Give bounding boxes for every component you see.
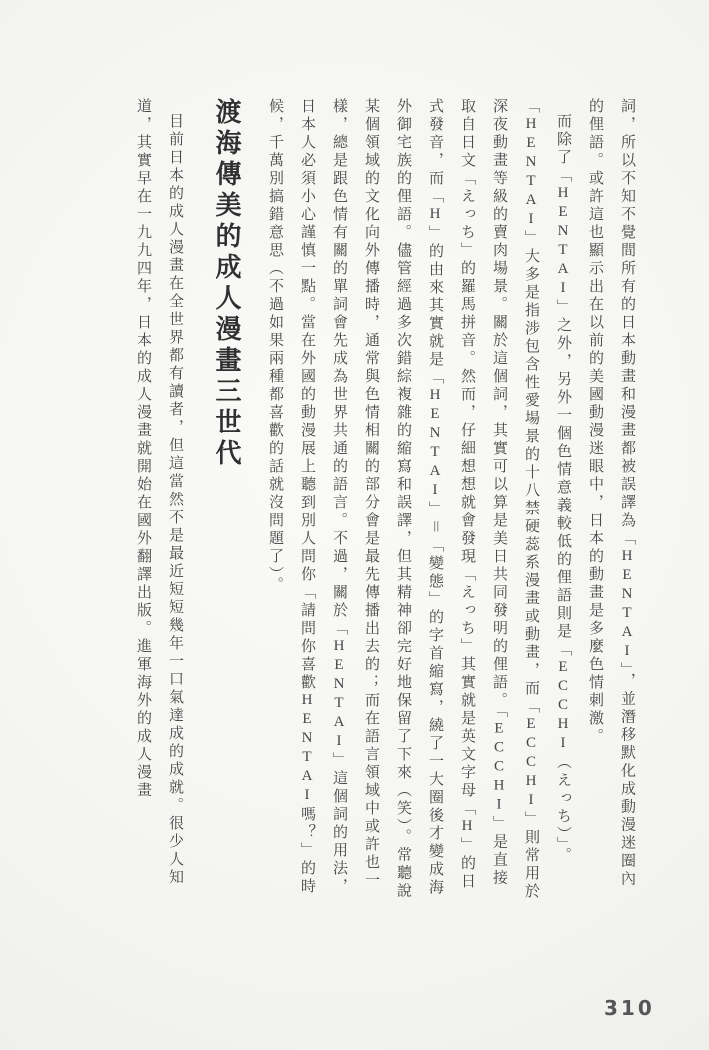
paragraph-overseas-adult-manga: 目前日本的成人漫畫在全世界都有讀者，但這當然不是最近短短幾年一口氣達成的成就。很… — [127, 98, 191, 904]
section-heading: 渡海傳美的成人漫畫三世代 — [207, 98, 245, 904]
page-number: 310 — [604, 996, 655, 1020]
article-body: 詞，所以不知不覺間所有的日本動畫和漫畫都被誤譯為「HENTAI」，並潛移默化成動… — [127, 98, 643, 904]
book-page: 詞，所以不知不覺間所有的日本動畫和漫畫都被誤譯為「HENTAI」，並潛移默化成動… — [0, 0, 709, 1050]
paragraph-hentai-ecchi-etymology: 而除了「HENTAI」之外，另外一個色情意義較低的俚語則是「ECCHI（えっち）… — [259, 98, 579, 904]
paragraph-continued-from-previous-page: 詞，所以不知不覺間所有的日本動畫和漫畫都被誤譯為「HENTAI」，並潛移默化成動… — [579, 98, 643, 904]
